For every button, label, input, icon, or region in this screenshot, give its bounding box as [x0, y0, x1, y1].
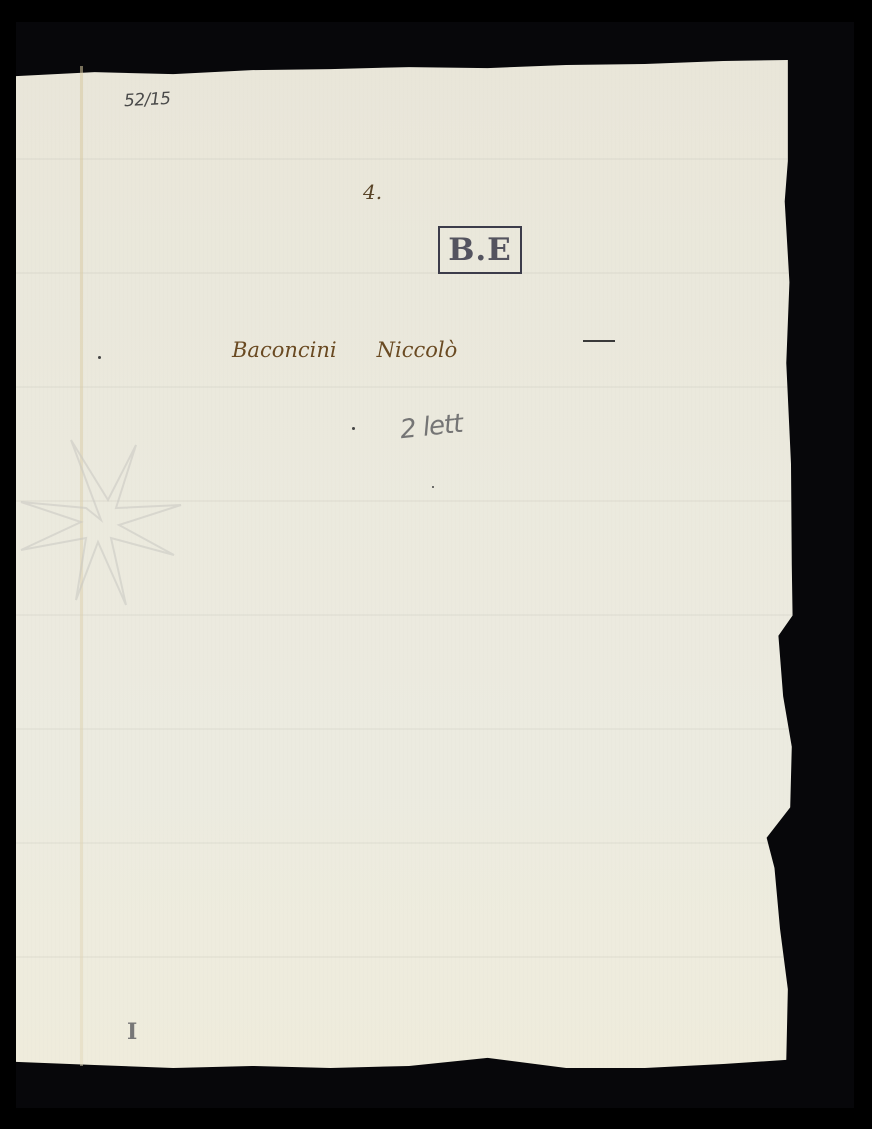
- ink-dot: [98, 356, 101, 359]
- star-watermark-icon: [16, 430, 186, 610]
- stamp-text: B.E: [448, 232, 512, 268]
- dash-mark: [583, 340, 615, 342]
- name-heading: BaconciniNiccolò: [232, 338, 457, 362]
- ink-dot: [352, 427, 355, 430]
- folio-number: 4.: [363, 180, 382, 204]
- archive-stamp: B.E: [438, 226, 522, 274]
- surname: Baconcini: [232, 338, 337, 362]
- given-name: Niccolò: [377, 338, 458, 362]
- ink-dot: [432, 486, 434, 488]
- bottom-mark: I: [127, 1019, 137, 1045]
- catalog-number: 52/15: [124, 89, 171, 111]
